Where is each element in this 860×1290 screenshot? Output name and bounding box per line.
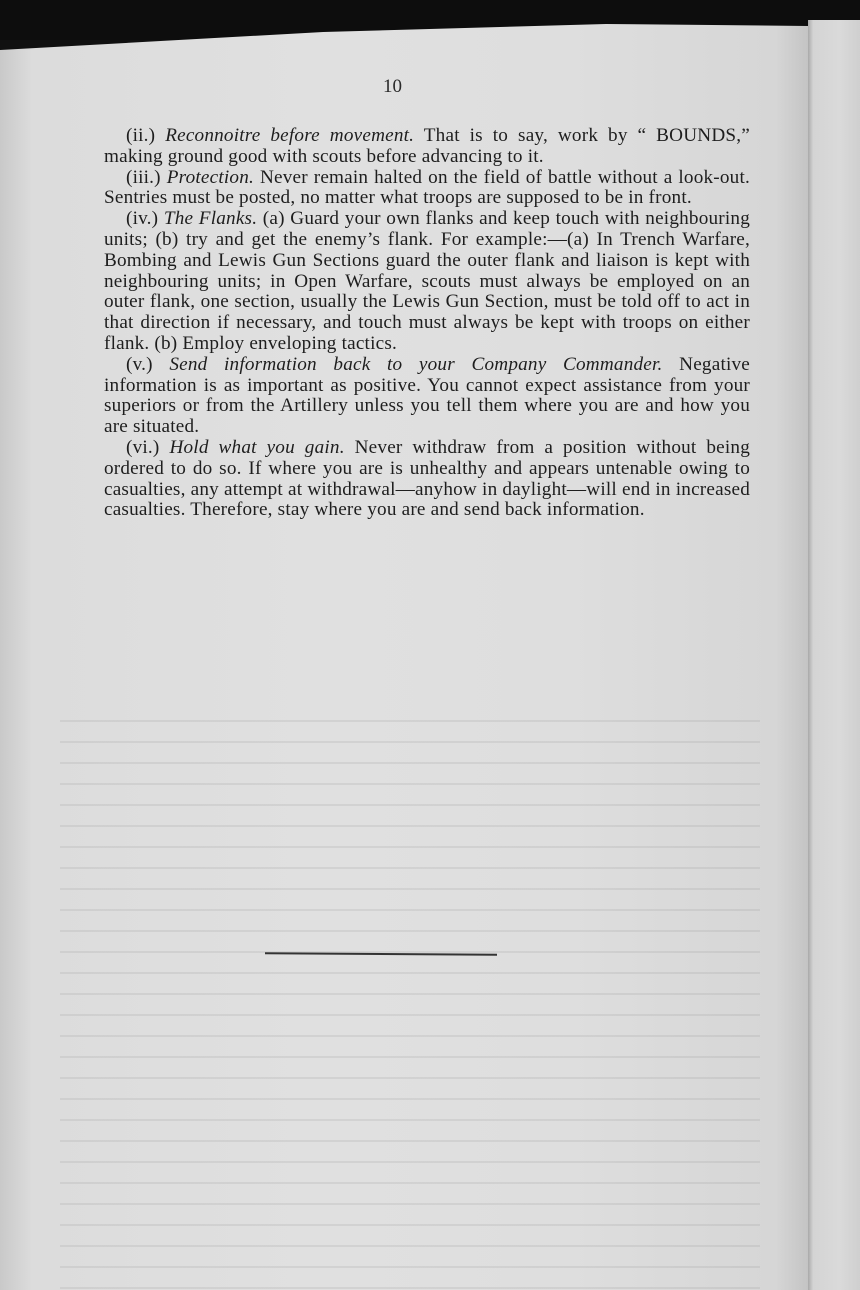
paragraph-text: (a) Guard your own flanks and keep touch…	[104, 208, 750, 354]
paragraph-number: (vi.)	[126, 437, 160, 458]
bleed-through-text	[60, 712, 760, 1290]
paragraph-heading: The Flanks.	[164, 208, 257, 229]
paragraph-number: (iv.)	[126, 208, 158, 229]
paragraph-heading: Send information back to your Company Co…	[169, 354, 662, 375]
paragraph-heading: Hold what you gain.	[169, 437, 344, 458]
paragraph-number: (ii.)	[126, 125, 155, 146]
next-page-edge	[808, 20, 860, 1290]
paragraph-number: (v.)	[126, 354, 153, 375]
body-text: (ii.) Reconnoitre before movement. That …	[104, 126, 750, 521]
paragraph-send-information: (v.) Send information back to your Compa…	[104, 355, 750, 438]
paragraph-protection: (iii.) Protection. Never remain halted o…	[104, 168, 750, 210]
paragraph-hold-gain: (vi.) Hold what you gain. Never withdraw…	[104, 438, 750, 521]
paragraph-heading: Reconnoitre before movement.	[165, 125, 414, 146]
paragraph-heading: Protection.	[167, 167, 254, 188]
paragraph-reconnoitre: (ii.) Reconnoitre before movement. That …	[104, 126, 750, 168]
paragraph-number: (iii.)	[126, 167, 161, 188]
page-number: 10	[383, 76, 402, 98]
paragraph-flanks: (iv.) The Flanks. (a) Guard your own fla…	[104, 209, 750, 355]
